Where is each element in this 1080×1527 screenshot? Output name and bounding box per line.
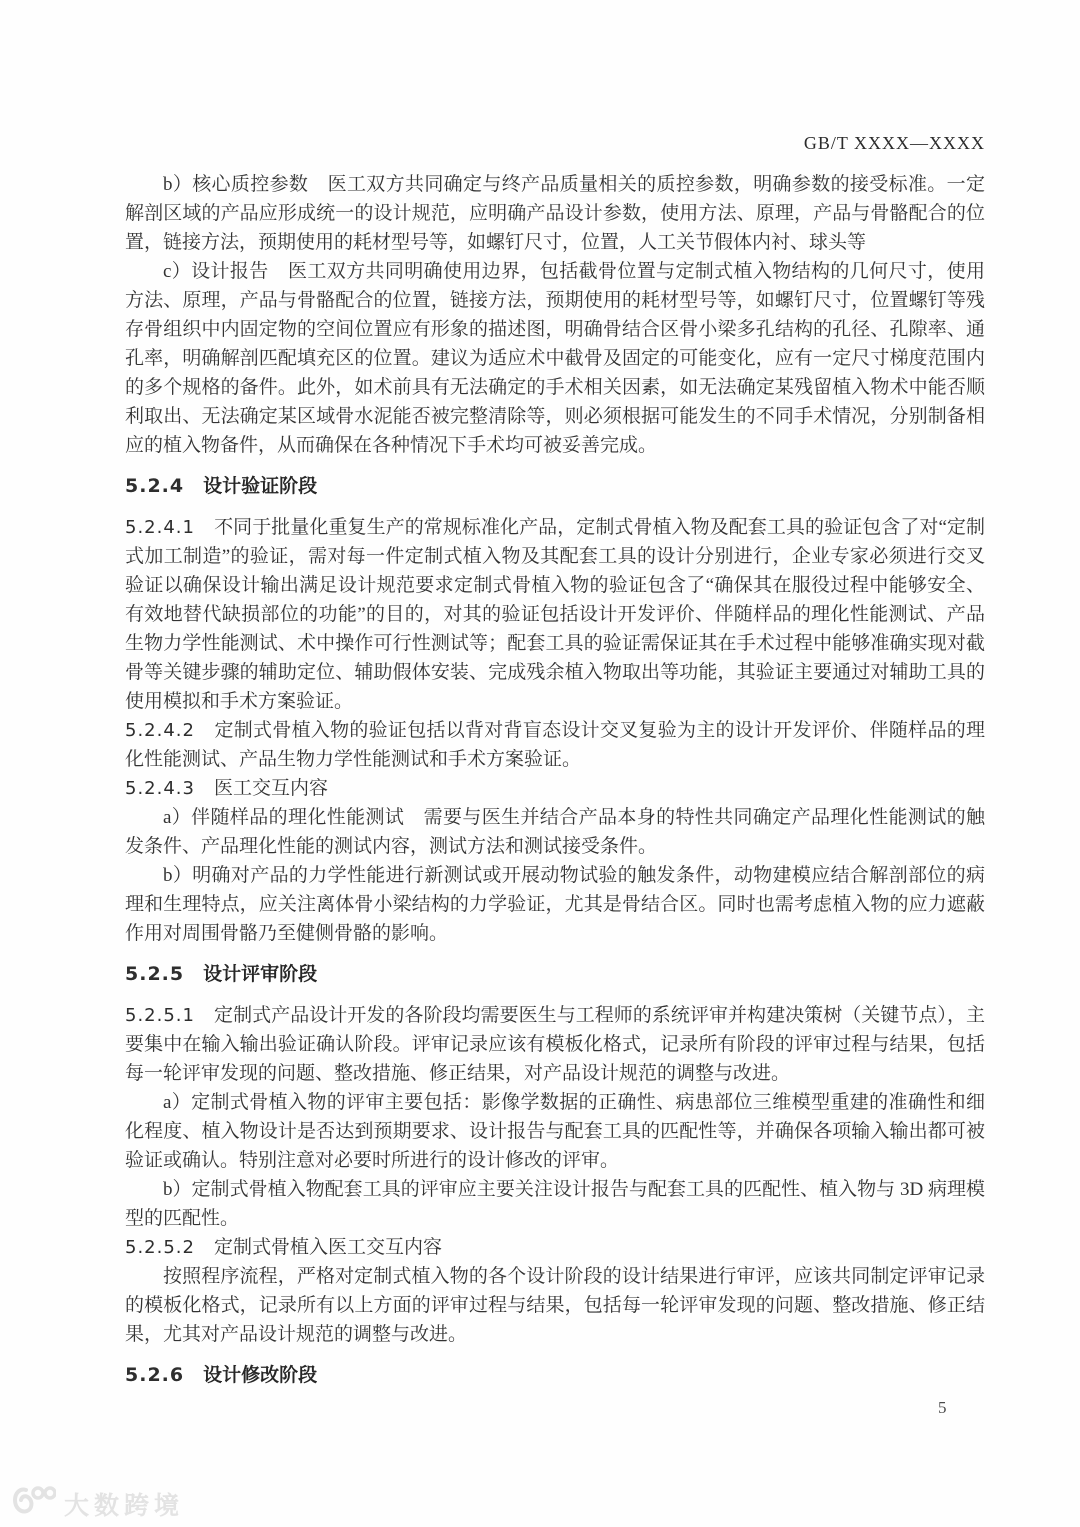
- clause-number: 5.2.4.3: [125, 778, 195, 799]
- watermark: 大数跨境: [12, 1484, 184, 1523]
- clause-number: 5.2.6: [125, 1364, 184, 1386]
- clause-number: 5.2.5: [125, 963, 184, 985]
- paragraph: 5.2.5.1 定制式产品设计开发的各阶段均需要医生与工程师的系统评审并构建决策…: [125, 1001, 985, 1088]
- clause-number: 5.2.4.1: [125, 517, 195, 538]
- paragraph: a）伴随样品的理化性能测试 需要与医生并结合产品本身的特性共同确定产品理化性能测…: [125, 803, 985, 861]
- watermark-text: 大数跨境: [64, 1486, 184, 1522]
- paragraph: 5.2.4.3 医工交互内容: [125, 774, 985, 803]
- paragraph: c）设计报告 医工双方共同明确使用边界，包括截骨位置与定制式植入物结构的几何尺寸…: [125, 257, 985, 460]
- page-number: 5: [938, 1398, 947, 1418]
- paragraph: b）核心质控参数 医工双方共同确定与终产品质量相关的质控参数，明确参数的接受标准…: [125, 170, 985, 257]
- clause-number: 5.2.5.1: [125, 1005, 195, 1026]
- paragraph: 5.2.4.1 不同于批量化重复生产的常规标准化产品，定制式骨植入物及配套工具的…: [125, 513, 985, 716]
- section-heading: 5.2.4 设计验证阶段: [125, 472, 985, 501]
- paragraph: b）定制式骨植入物配套工具的评审应主要关注设计报告与配套工具的匹配性、植入物与 …: [125, 1175, 985, 1233]
- clause-number: 5.2.5.2: [125, 1237, 195, 1258]
- section-heading: 5.2.5 设计评审阶段: [125, 960, 985, 989]
- standard-number-header: GB/T XXXX—XXXX: [125, 133, 985, 154]
- document-page: GB/T XXXX—XXXX b）核心质控参数 医工双方共同确定与终产品质量相关…: [0, 0, 1080, 1527]
- section-heading: 5.2.6 设计修改阶段: [125, 1361, 985, 1390]
- dashu-kuajing-logo-icon: [12, 1484, 56, 1523]
- clause-number: 5.2.4: [125, 475, 184, 497]
- clause-number: 5.2.4.2: [125, 720, 195, 741]
- paragraph: a）定制式骨植入物的评审主要包括：影像学数据的正确性、病患部位三维模型重建的准确…: [125, 1088, 985, 1175]
- paragraph: 按照程序流程，严格对定制式植入物的各个设计阶段的设计结果进行审评，应该共同制定评…: [125, 1262, 985, 1349]
- paragraph: 5.2.4.2 定制式骨植入物的验证包括以背对背盲态设计交叉复验为主的设计开发评…: [125, 716, 985, 774]
- paragraph: 5.2.5.2 定制式骨植入医工交互内容: [125, 1233, 985, 1262]
- document-body: b）核心质控参数 医工双方共同确定与终产品质量相关的质控参数，明确参数的接受标准…: [125, 170, 985, 1402]
- paragraph: b）明确对产品的力学性能进行新测试或开展动物试验的触发条件，动物建模应结合解剖部…: [125, 861, 985, 948]
